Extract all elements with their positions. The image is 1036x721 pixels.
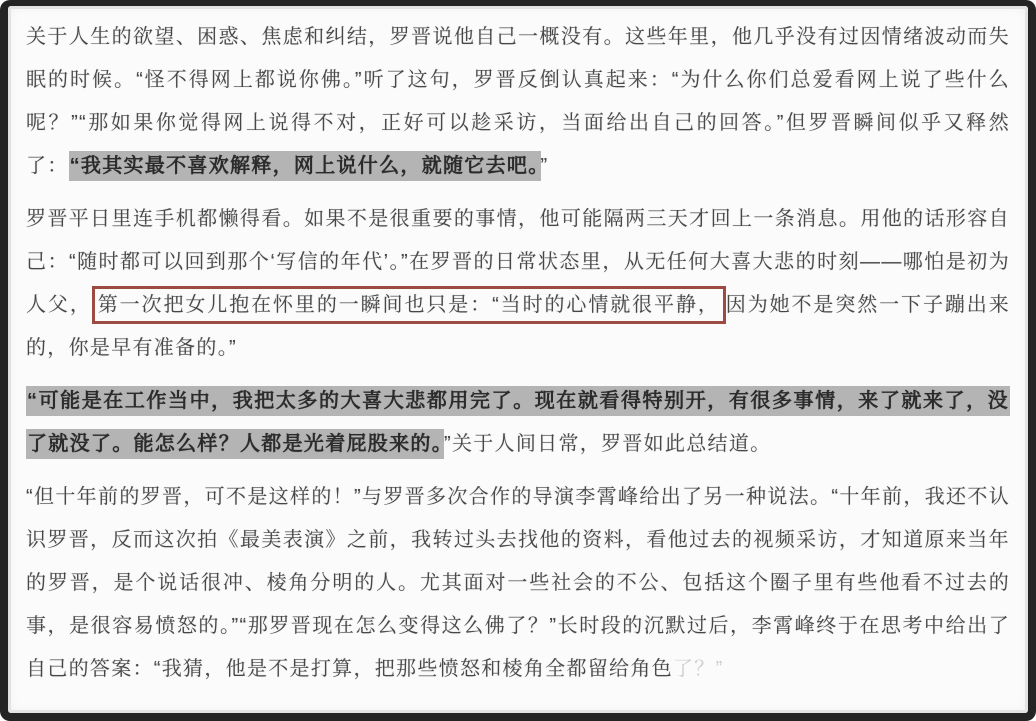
paragraph: 关于人生的欲望、困惑、焦虑和纠结，罗晋说他自己一概没有。这些年里，他几乎没有过因… <box>26 16 1010 188</box>
paragraph: “但十年前的罗晋，可不是这样的！”与罗晋多次合作的导演李霄峰给出了另一种说法。“… <box>26 476 1010 691</box>
photo-frame: 关于人生的欲望、困惑、焦虑和纠结，罗晋说他自己一概没有。这些年里，他几乎没有过因… <box>0 0 1036 721</box>
article-page: 关于人生的欲望、困惑、焦虑和纠结，罗晋说他自己一概没有。这些年里，他几乎没有过因… <box>8 6 1028 713</box>
highlighted-text: “我其实最不喜欢解释，网上说什么，就随它去吧。 <box>69 151 541 181</box>
article-body: 关于人生的欲望、困惑、焦虑和纠结，罗晋说他自己一概没有。这些年里，他几乎没有过因… <box>26 16 1010 691</box>
text-segment: “但十年前的罗晋，可不是这样的！”与罗晋多次合作的导演李霄峰给出了另一种说法。“… <box>26 486 1010 680</box>
paragraph: 罗晋平日里连手机都懒得看。如果不是很重要的事情，他可能隔两三天才回上一条消息。用… <box>26 198 1010 370</box>
text-segment: ” <box>541 155 549 177</box>
red-box-annotation: 第一次把女儿抱在怀里的一瞬间也只是：“当时的心情就很平静， <box>92 286 726 324</box>
faded-text: 了？” <box>673 658 724 680</box>
paragraph: “可能是在工作当中，我把太多的大喜大悲都用完了。现在就看得特别开，有很多事情，来… <box>26 380 1010 466</box>
text-segment: ”关于人间日常，罗晋如此总结道。 <box>444 433 771 455</box>
